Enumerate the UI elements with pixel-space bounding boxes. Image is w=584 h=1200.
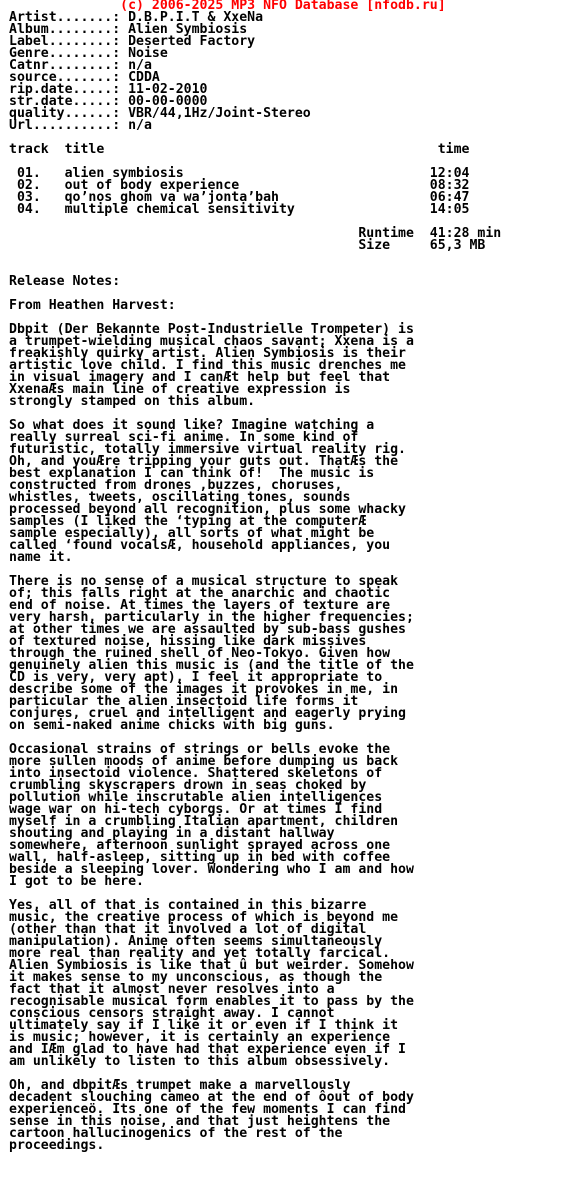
info-row: Url..........: n/a (9, 120, 501, 132)
notes-line: am unlikely to listen to this album obse… (9, 1056, 501, 1068)
notes-line: proceedings. (9, 1140, 501, 1152)
notes-line: called ‘found vocalsÆ, household applian… (9, 540, 501, 552)
track-row: 04. multiple chemical sensitivity 14:05 (9, 204, 501, 216)
release-notes-heading: Release Notes: (9, 276, 501, 288)
blank-line (9, 252, 501, 264)
tracklist-header: track title time (9, 144, 501, 156)
notes-line: name it. (9, 552, 501, 564)
size-row: Size 65,3 MB (9, 240, 501, 252)
notes-line: on semi-naked anime chicks with big guns… (9, 720, 501, 732)
notes-line: I got to be here. (9, 876, 501, 888)
nfo-document: (c) 2006-2025 MP3 NFO Database [nfodb.ru… (9, 0, 501, 1152)
notes-line: strongly stamped on this album. (9, 396, 501, 408)
notes-source: From Heathen Harvest: (9, 300, 501, 312)
